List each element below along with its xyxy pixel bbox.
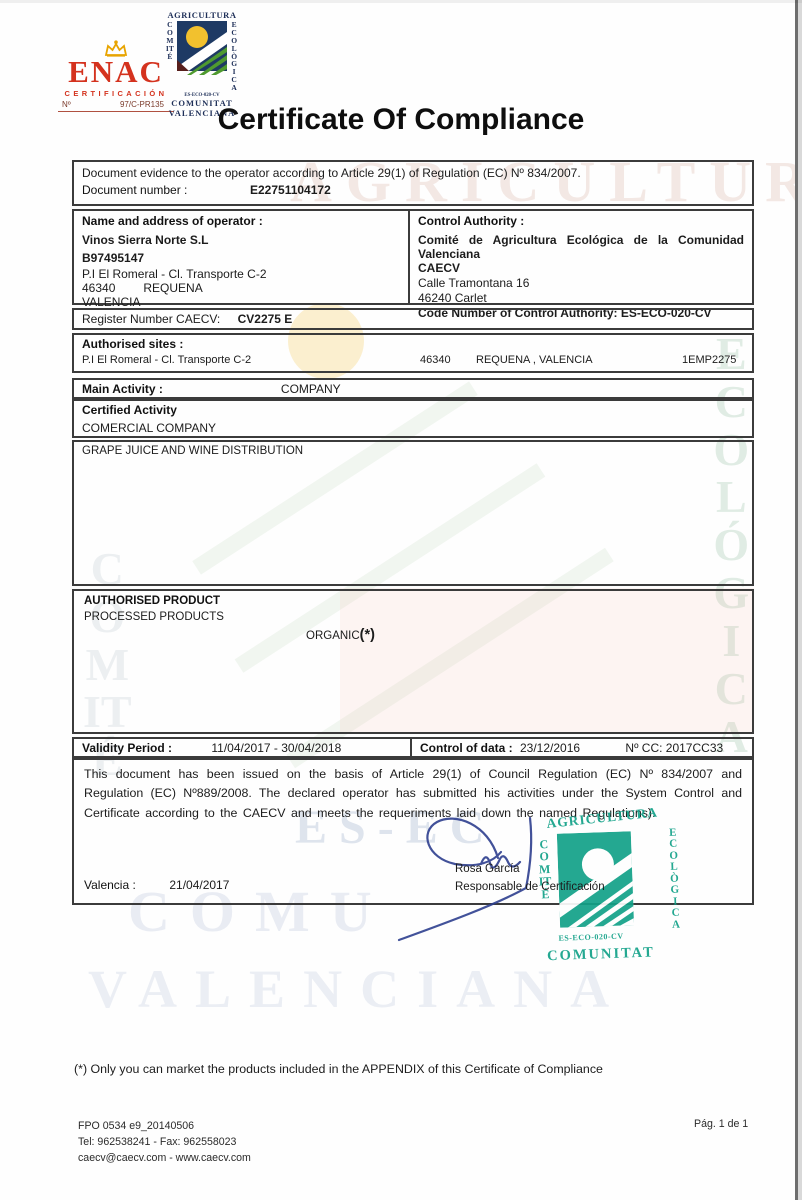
operator-authority-box: Name and address of operator : Vinos Sie… xyxy=(72,209,754,305)
caecv-emblem-graphic xyxy=(177,21,227,75)
control-data-cc: Nº CC: 2017CC33 xyxy=(625,741,723,755)
main-activity-label: Main Activity : xyxy=(82,382,163,395)
site-code: 1EMP2275 xyxy=(682,354,736,366)
control-authority-cell: Control Authority : Comité de Agricultur… xyxy=(410,211,752,303)
footer-web: caecv@caecv.com - www.caecv.com xyxy=(78,1150,251,1166)
control-data-value: 23/12/2016 xyxy=(520,741,580,755)
issue-date: 21/04/2017 xyxy=(169,878,229,892)
certificate-page: AGRICULTURA ECOLÓGICA COMITÉ ES-EC COMU … xyxy=(0,0,802,1200)
validity-label: Validity Period : xyxy=(82,741,172,755)
issue-place-label: Valencia : xyxy=(84,878,166,892)
signatory-role: Responsable de Certificación xyxy=(455,881,605,893)
footer-block: FPO 0534 e9_20140506 Tel: 962538241 - Fa… xyxy=(78,1118,251,1166)
operator-city: REQUENA xyxy=(143,281,202,295)
control-authority-city: 46240 Carlet xyxy=(418,291,744,305)
validity-box: Validity Period : 11/04/2017 - 30/04/201… xyxy=(72,737,754,758)
authorised-product-label: AUTHORISED PRODUCT xyxy=(84,595,742,607)
document-evidence-text: Document evidence to the operator accord… xyxy=(82,166,744,180)
authorised-sites-box: Authorised sites : P.I El Romeral - Cl. … xyxy=(72,333,754,373)
document-evidence-box: Document evidence to the operator accord… xyxy=(72,160,754,206)
scan-edge-shadow xyxy=(798,0,802,1200)
certified-activity-box: Certified Activity COMERCIAL COMPANY xyxy=(72,399,754,438)
main-activity-box: Main Activity : COMPANY xyxy=(72,378,754,399)
document-number-label: Document number : xyxy=(82,183,250,197)
caecv-logo-top-text: AGRICULTURA xyxy=(158,10,246,20)
page-number: Pág. 1 de 1 xyxy=(694,1118,748,1130)
control-authority-label: Control Authority : xyxy=(418,214,744,228)
scan-edge-line xyxy=(795,0,798,1200)
product-status: ORGANIC(*) xyxy=(306,627,375,643)
operator-tax-id: B97495147 xyxy=(82,251,400,265)
document-number-value: E22751104172 xyxy=(250,183,331,197)
issue-row: Valencia : 21/04/2017 xyxy=(84,878,229,892)
operator-cell: Name and address of operator : Vinos Sie… xyxy=(74,211,410,303)
register-number-value: CV2275 E xyxy=(238,312,293,326)
activity-detail-box: GRAPE JUICE AND WINE DISTRIBUTION xyxy=(72,440,754,586)
scan-top-shadow xyxy=(0,0,802,3)
site-city: REQUENA , VALENCIA xyxy=(476,354,593,366)
control-data-label: Control of data : xyxy=(420,741,513,755)
operator-postal: 46340 xyxy=(82,281,115,295)
operator-name: Vinos Sierra Norte S.L xyxy=(82,233,400,247)
caecv-logo-left-text: COMITÉ xyxy=(166,21,174,60)
page-title: Certificate Of Compliance xyxy=(0,103,802,137)
footer-ref: FPO 0534 e9_20140506 xyxy=(78,1118,251,1134)
control-data-cell: Control of data : 23/12/2016 Nº CC: 2017… xyxy=(412,739,752,756)
enac-subtitle: CERTIFICACIÓN xyxy=(58,89,174,98)
caecv-logo-right-text: ECOLÒGICA xyxy=(230,21,238,92)
product-asterisk: (*) xyxy=(360,627,375,643)
site-row: P.I El Romeral - Cl. Transporte C-2 4634… xyxy=(82,354,744,368)
certified-activity-label: Certified Activity xyxy=(82,403,744,417)
footer-contact: Tel: 962538241 - Fax: 962558023 xyxy=(78,1134,251,1150)
validity-cell: Validity Period : 11/04/2017 - 30/04/201… xyxy=(74,739,412,756)
validity-value: 11/04/2017 - 30/04/2018 xyxy=(211,741,341,755)
control-authority-name: Comité de Agricultura Ecológica de la Co… xyxy=(418,233,744,261)
certified-activity-value: COMERCIAL COMPANY xyxy=(82,421,744,435)
enac-wordmark: ENAC xyxy=(58,57,174,87)
caecv-logo: AGRICULTURA COMITÉ ECOLÒGICA ES-ECO-020-… xyxy=(158,10,246,118)
control-authority-short-name: CAECV xyxy=(418,261,744,275)
site-postal: 46340 xyxy=(420,354,451,366)
site-address: P.I El Romeral - Cl. Transporte C-2 xyxy=(82,354,251,366)
register-number-box: Register Number CAECV: CV2275 E xyxy=(72,308,754,330)
signatory-name: Rosa García xyxy=(455,863,520,875)
activity-detail-text: GRAPE JUICE AND WINE DISTRIBUTION xyxy=(82,445,744,457)
authorised-sites-label: Authorised sites : xyxy=(82,337,744,351)
asterisk-footnote: (*) Only you can market the products inc… xyxy=(74,1062,603,1076)
register-number-label: Register Number CAECV: xyxy=(82,312,220,326)
stamp-right-text: ECOLÒGICA xyxy=(667,828,683,931)
authorised-product-box: AUTHORISED PRODUCT PROCESSED PRODUCTS OR… xyxy=(72,589,754,734)
product-category: PROCESSED PRODUCTS xyxy=(84,611,742,623)
operator-province: VALENCIA xyxy=(82,295,400,309)
main-activity-value: COMPANY xyxy=(281,382,341,395)
product-status-text: ORGANIC xyxy=(306,630,360,642)
enac-logo: ENAC CERTIFICACIÓN Nº 97/C-PR135 xyxy=(58,40,174,112)
operator-label: Name and address of operator : xyxy=(82,214,400,228)
operator-postal-city: 46340REQUENA xyxy=(82,281,400,295)
operator-address: P.I El Romeral - Cl. Transporte C-2 xyxy=(82,267,400,281)
control-authority-address: Calle Tramontana 16 xyxy=(418,276,744,290)
